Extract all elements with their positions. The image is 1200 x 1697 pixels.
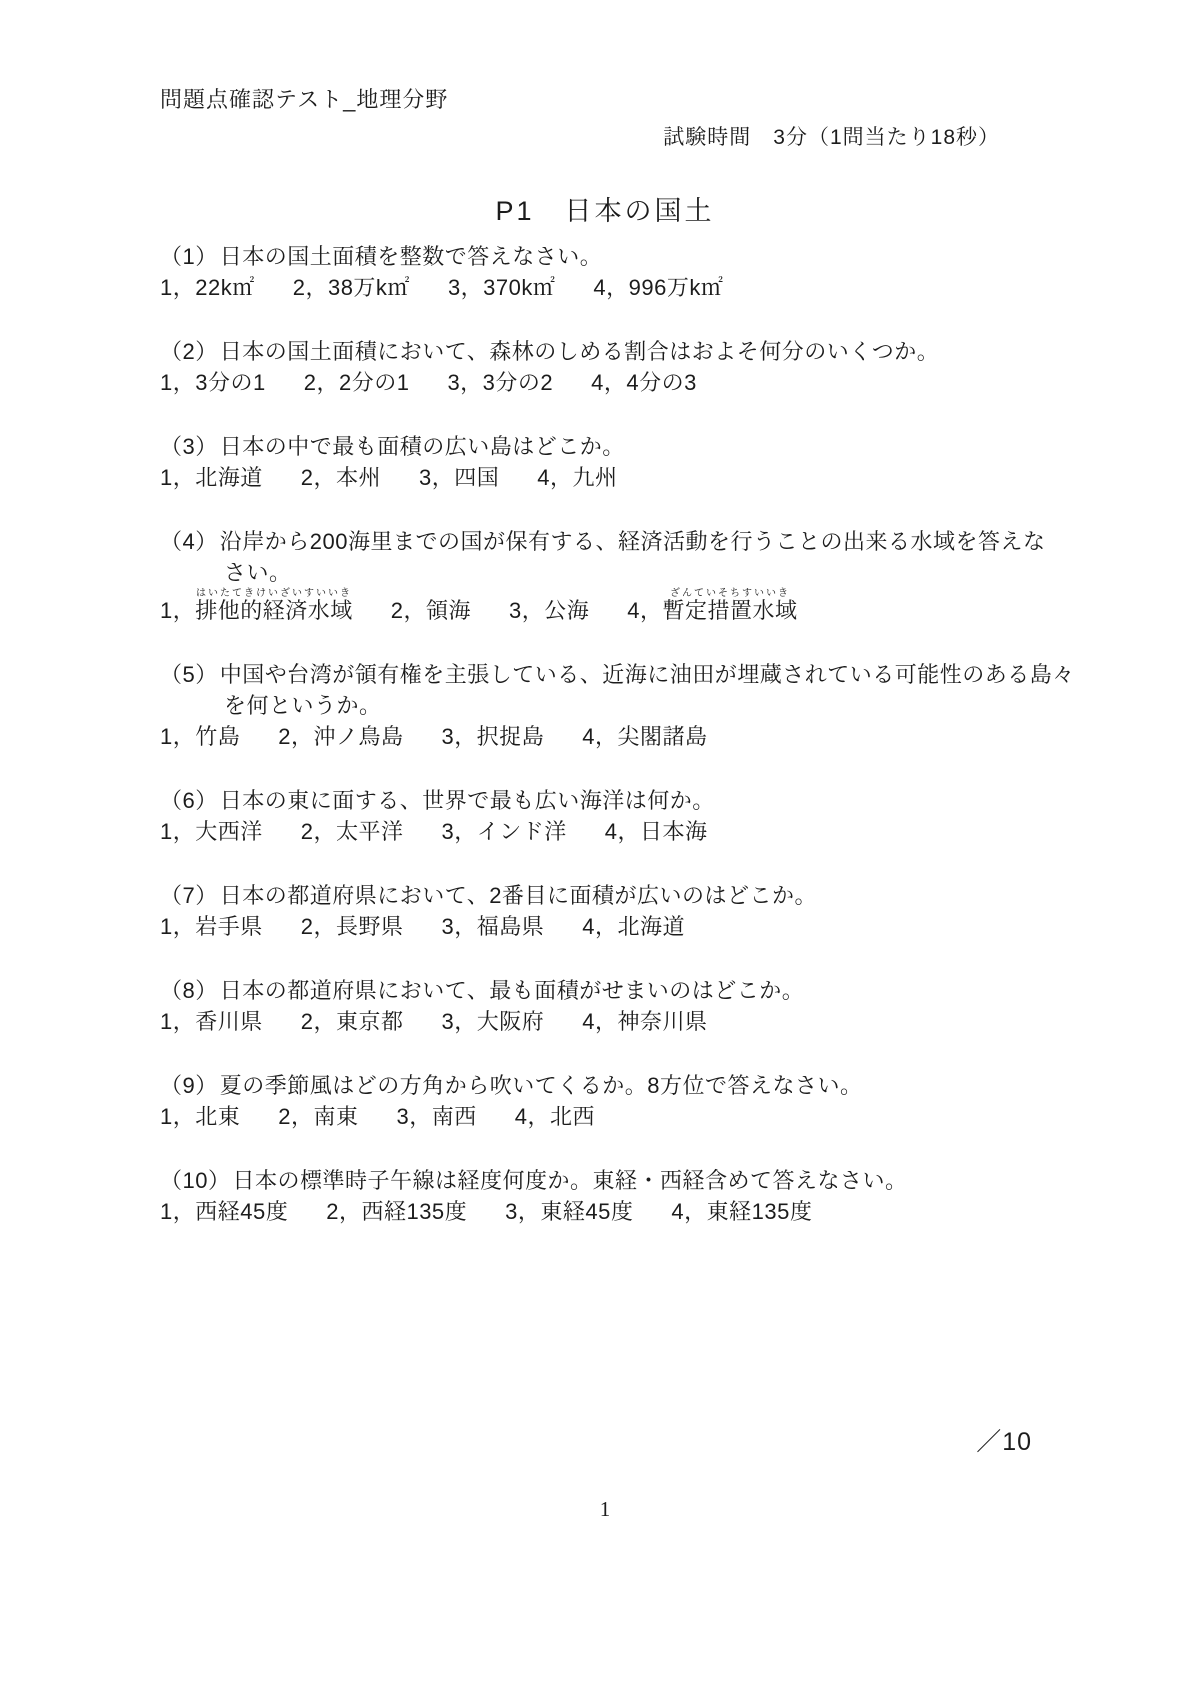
option: 2，西経135度 <box>326 1199 467 1224</box>
exam-time-note: 試験時間 3分（1問当たり18秒） <box>160 123 1050 153</box>
option: 4，北海道 <box>582 914 685 939</box>
option: 3，福島県 <box>442 914 545 939</box>
option: 4，神奈川県 <box>582 1009 707 1034</box>
question-text: 沿岸から200海里までの国が保有する、経済活動を行うことの出来る水域を答えな <box>220 529 1046 554</box>
ruby-annotated-term: 排他的経済水域はいたてきけいざいすいいき <box>195 598 353 623</box>
question-number: （5） <box>160 662 218 687</box>
option: 3，370k㎡ <box>448 275 555 300</box>
options-row: 1，岩手県2，長野県3，福島県4，北海道 <box>160 911 1050 942</box>
option: 3，3分の2 <box>447 370 553 395</box>
option: 1，北東 <box>160 1104 240 1129</box>
option-number: 1， <box>160 598 195 623</box>
question-number: （7） <box>160 883 218 908</box>
options-row: 1，22k㎡2，38万k㎡3，370k㎡4，996万k㎡ <box>160 272 1050 303</box>
question-6: （6）日本の東に面する、世界で最も広い海洋は何か。 1，大西洋2，太平洋3，イン… <box>160 785 1050 847</box>
question-7: （7）日本の都道府県において、2番目に面積が広いのはどこか。 1，岩手県2，長野… <box>160 880 1050 942</box>
question-text: 日本の中で最も面積の広い島はどこか。 <box>220 434 625 459</box>
score-field: ／10 <box>160 1427 1050 1457</box>
option: 1，22k㎡ <box>160 275 255 300</box>
question-number: （3） <box>160 434 218 459</box>
option-label: 領海 <box>426 598 471 623</box>
question-text-continued: さい。 <box>224 557 1050 588</box>
question-line: （10）日本の標準時子午線は経度何度か。東経・西経含めて答えなさい。 <box>160 1165 1050 1196</box>
question-number: （8） <box>160 978 218 1003</box>
question-text: 日本の国土面積を整数で答えなさい。 <box>220 244 603 269</box>
option-number: 2， <box>391 598 426 623</box>
option: 1，岩手県 <box>160 914 263 939</box>
option: 2，南東 <box>278 1104 358 1129</box>
option: 3，択捉島 <box>442 724 545 749</box>
question-line: （7）日本の都道府県において、2番目に面積が広いのはどこか。 <box>160 880 1050 911</box>
question-number: （10） <box>160 1168 230 1193</box>
question-line: （4）沿岸から200海里までの国が保有する、経済活動を行うことの出来る水域を答え… <box>160 526 1050 557</box>
ruby-annotated-term: 暫定措置水域ざんていそちすいいき <box>663 598 798 623</box>
furigana: ざんていそちすいいき <box>663 588 798 599</box>
question-line: （5）中国や台湾が領有権を主張している、近海に油田が埋蔵されている可能性のある島… <box>160 659 1050 690</box>
option: 3，東経45度 <box>505 1199 633 1224</box>
option: 3，インド洋 <box>442 819 567 844</box>
question-number: （9） <box>160 1073 218 1098</box>
page-number: 1 <box>160 1497 1050 1522</box>
question-text: 日本の東に面する、世界で最も広い海洋は何か。 <box>220 788 715 813</box>
question-9: （9）夏の季節風はどの方角から吹いてくるか。8方位で答えなさい。 1，北東2，南… <box>160 1070 1050 1132</box>
question-text: 日本の国土面積において、森林のしめる割合はおよそ何分のいくつか。 <box>220 339 940 364</box>
option: 4，996万k㎡ <box>593 275 723 300</box>
option: 1，排他的経済水域はいたてきけいざいすいいき <box>160 598 353 623</box>
question-2: （2）日本の国土面積において、森林のしめる割合はおよそ何分のいくつか。 1，3分… <box>160 336 1050 398</box>
question-text-continued: を何というか。 <box>224 690 1050 721</box>
options-row: 1，大西洋2，太平洋3，インド洋4，日本海 <box>160 816 1050 847</box>
option: 1，大西洋 <box>160 819 263 844</box>
question-number: （1） <box>160 244 218 269</box>
option: 3，公海 <box>509 598 589 623</box>
question-5: （5）中国や台湾が領有権を主張している、近海に油田が埋蔵されている可能性のある島… <box>160 659 1050 752</box>
options-row: 1，北海道2，本州3，四国4，九州 <box>160 462 1050 493</box>
question-line: （2）日本の国土面積において、森林のしめる割合はおよそ何分のいくつか。 <box>160 336 1050 367</box>
option: 4，北西 <box>515 1104 595 1129</box>
question-text: 日本の都道府県において、2番目に面積が広いのはどこか。 <box>220 883 817 908</box>
question-text: 夏の季節風はどの方角から吹いてくるか。8方位で答えなさい。 <box>220 1073 863 1098</box>
question-number: （2） <box>160 339 218 364</box>
question-text: 日本の標準時子午線は経度何度か。東経・西経含めて答えなさい。 <box>232 1168 907 1193</box>
option: 4，東経135度 <box>671 1199 812 1224</box>
section-title: P1 日本の国土 <box>160 195 1050 227</box>
question-1: （1）日本の国土面積を整数で答えなさい。 1，22k㎡2，38万k㎡3，370k… <box>160 241 1050 303</box>
option-number: 4， <box>627 598 662 623</box>
question-10: （10）日本の標準時子午線は経度何度か。東経・西経含めて答えなさい。 1，西経4… <box>160 1165 1050 1227</box>
option: 1，香川県 <box>160 1009 263 1034</box>
options-row: 1，竹島2，沖ノ鳥島3，択捉島4，尖閣諸島 <box>160 721 1050 752</box>
option: 3，四国 <box>419 465 499 490</box>
option: 1，竹島 <box>160 724 240 749</box>
question-4: （4）沿岸から200海里までの国が保有する、経済活動を行うことの出来る水域を答え… <box>160 526 1050 626</box>
question-text: 日本の都道府県において、最も面積がせまいのはどこか。 <box>220 978 805 1003</box>
question-line: （6）日本の東に面する、世界で最も広い海洋は何か。 <box>160 785 1050 816</box>
options-row: 1，西経45度2，西経135度3，東経45度4，東経135度 <box>160 1196 1050 1227</box>
test-page: 問題点確認テスト_地理分野 試験時間 3分（1問当たり18秒） P1 日本の国土… <box>0 0 1200 1697</box>
option: 4，九州 <box>537 465 617 490</box>
option-number: 3， <box>509 598 544 623</box>
option: 3，大阪府 <box>442 1009 545 1034</box>
option: 1，西経45度 <box>160 1199 288 1224</box>
option: 4，尖閣諸島 <box>582 724 707 749</box>
question-3: （3）日本の中で最も面積の広い島はどこか。 1，北海道2，本州3，四国4，九州 <box>160 431 1050 493</box>
question-line: （3）日本の中で最も面積の広い島はどこか。 <box>160 431 1050 462</box>
question-list: （1）日本の国土面積を整数で答えなさい。 1，22k㎡2，38万k㎡3，370k… <box>160 241 1050 1227</box>
option: 2，領海 <box>391 598 471 623</box>
option: 2，38万k㎡ <box>293 275 410 300</box>
option: 2，2分の1 <box>304 370 410 395</box>
option: 4，日本海 <box>605 819 708 844</box>
option: 2，長野県 <box>301 914 404 939</box>
option: 2，本州 <box>301 465 381 490</box>
question-line: （1）日本の国土面積を整数で答えなさい。 <box>160 241 1050 272</box>
option-label: 公海 <box>544 598 589 623</box>
options-row: 1，排他的経済水域はいたてきけいざいすいいき2，領海3，公海4，暫定措置水域ざん… <box>160 588 1050 626</box>
option: 1，3分の1 <box>160 370 266 395</box>
question-line: （9）夏の季節風はどの方角から吹いてくるか。8方位で答えなさい。 <box>160 1070 1050 1101</box>
question-line: （8）日本の都道府県において、最も面積がせまいのはどこか。 <box>160 975 1050 1006</box>
options-row: 1，3分の12，2分の13，3分の24，4分の3 <box>160 367 1050 398</box>
option: 2，沖ノ鳥島 <box>278 724 403 749</box>
option: 2，東京都 <box>301 1009 404 1034</box>
option: 4，4分の3 <box>591 370 697 395</box>
furigana: はいたてきけいざいすいいき <box>195 588 353 599</box>
option: 3，南西 <box>397 1104 477 1129</box>
question-text: 中国や台湾が領有権を主張している、近海に油田が埋蔵されている可能性のある島々 <box>220 662 1075 687</box>
option: 4，暫定措置水域ざんていそちすいいき <box>627 598 797 623</box>
option: 2，太平洋 <box>301 819 404 844</box>
question-8: （8）日本の都道府県において、最も面積がせまいのはどこか。 1，香川県2，東京都… <box>160 975 1050 1037</box>
document-header: 問題点確認テスト_地理分野 <box>160 85 1050 115</box>
option: 1，北海道 <box>160 465 263 490</box>
options-row: 1，北東2，南東3，南西4，北西 <box>160 1101 1050 1132</box>
options-row: 1，香川県2，東京都3，大阪府4，神奈川県 <box>160 1006 1050 1037</box>
question-number: （4） <box>160 529 218 554</box>
question-number: （6） <box>160 788 218 813</box>
